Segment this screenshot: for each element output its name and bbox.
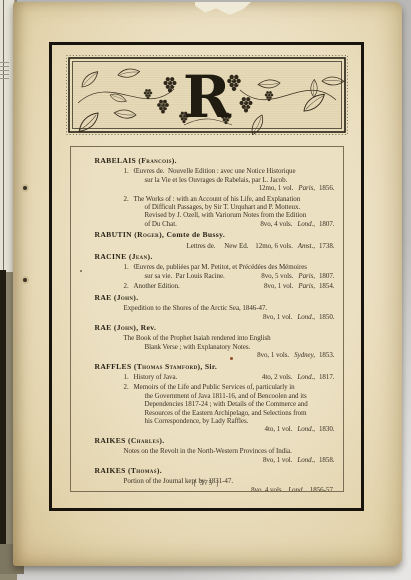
imprint-lead: Lettres de. <box>187 242 216 250</box>
initial-letter: R <box>182 63 231 131</box>
entry-line-text: sur la Vie et les Ouvrages de Rabelais, … <box>145 176 288 184</box>
imprint-line: Lettres de.New Ed. 12mo, 6 vols.Amst.,17… <box>71 242 343 250</box>
entry-line: Expedition to the Shores of the Arctic S… <box>71 304 343 312</box>
headword-name: RABUTIN <box>95 230 132 239</box>
imprint-city: Paris, <box>298 282 315 290</box>
photo-background: R RABELAIS (Francois).1.Œuvres de. Nouve… <box>0 0 411 580</box>
imprint-city: Lond., <box>297 425 315 433</box>
entry-item: 1.Œuvres de. Nouvelle Edition : avec une… <box>71 167 343 192</box>
headword-forename: (Charles) <box>128 436 162 445</box>
imprint-line: of Du Chat.8vo, 4 vols.Lond.,1807. <box>71 220 343 228</box>
entry-line-text: Œuvres de. Nouvelle Edition : avec une N… <box>134 167 296 175</box>
imprint-line: 1.History of Java.4to, 2 vols.Lond.,1817… <box>71 373 343 381</box>
headword-suffix: , Rev. <box>136 323 156 332</box>
headword-forename: (Thomas) <box>128 466 160 475</box>
imprint-year: 1738. <box>319 242 335 250</box>
imprint-format: 8vo, 1 vol. <box>264 282 293 290</box>
entry-line-text: Blank Verse ; with Explanatory Notes. <box>145 343 251 351</box>
item-number: 1. <box>124 263 134 271</box>
imprint-year: 1856. <box>319 184 335 192</box>
imprint-city: Paris, <box>298 184 315 192</box>
entry-line: The Book of the Prophet Isaiah rendered … <box>71 334 343 342</box>
imprint-format: New Ed. 12mo, 6 vols. <box>224 242 293 250</box>
imprint-lead-text: 1.History of Java. <box>124 373 178 381</box>
imprint: 8vo, 1 vols.Sydney,1853. <box>257 351 334 359</box>
imprint-lead: Another Edition. <box>134 282 180 290</box>
underlying-page-rule <box>3 0 4 272</box>
imprint-line: 12mo, 1 vol.Paris,1856. <box>71 184 343 192</box>
imprint-line: 8vo, 1 vol.Lond.,1858. <box>71 456 343 464</box>
imprint-format: 8vo, 1 vols. <box>257 351 289 359</box>
headword-name: RAFFLES <box>95 362 132 371</box>
entry-item: Lettres de.New Ed. 12mo, 6 vols.Amst.,17… <box>71 242 343 250</box>
imprint-year: 1807. <box>319 272 335 280</box>
book-page: R RABELAIS (Francois).1.Œuvres de. Nouve… <box>13 2 402 566</box>
entry-line-text: his Correspondence, by Lady Raffles. <box>145 417 249 425</box>
entry-line: Notes on the Revolt in the North-Western… <box>71 447 343 455</box>
entries: RABELAIS (Francois).1.Œuvres de. Nouvell… <box>71 147 343 492</box>
imprint: 8vo, 1 vol.Lond.,1850. <box>263 313 335 321</box>
imprint-city: Amst., <box>298 242 315 250</box>
imprint: 4to, 1 vol.Lond.,1830. <box>265 425 335 433</box>
imprint-city: Lond., <box>297 456 315 464</box>
entry-line: 2.The Works of : with an Account of his … <box>71 195 343 203</box>
headword-suffix: . <box>150 252 152 261</box>
imprint-lead: of Du Chat. <box>145 220 177 228</box>
imprint-line: sur sa vie. Par Louis Racine.8vo, 5 vols… <box>71 272 343 280</box>
entry-item: The Book of the Prophet Isaiah rendered … <box>71 334 343 359</box>
headword-name: RAIKES <box>95 466 126 475</box>
headword-forename: (Thomas Stamford) <box>134 362 201 371</box>
imprint-format: 4to, 1 vol. <box>265 425 293 433</box>
imprint-format: 4to, 2 vols. <box>262 373 293 381</box>
imprint-line: 8vo, 1 vol.Lond.,1850. <box>71 313 343 321</box>
imprint-year: 1853. <box>319 351 335 359</box>
catalogue-entry: RABUTIN (Roger), Comte de Bussy.Lettres … <box>71 231 343 250</box>
entry-line-text: Memoirs of the Life and Public Services … <box>134 383 295 391</box>
imprint: 8vo, 5 vols.Paris,1807. <box>261 272 334 280</box>
imprint-lead: sur sa vie. Par Louis Racine. <box>145 272 225 280</box>
imprint-format: 8vo, 1 vol. <box>263 456 292 464</box>
entry-line: Resources of the Eastern Archipelago, an… <box>71 409 343 417</box>
imprint-lead-text: 2.Another Edition. <box>124 282 180 290</box>
entry-line-text: Resources of the Eastern Archipelago, an… <box>145 409 307 417</box>
imprint-format: 8vo, 1 vol. <box>263 313 292 321</box>
imprint: 4to, 2 vols.Lond.,1817. <box>262 373 335 381</box>
imprint-year: 1858. <box>319 456 335 464</box>
imprint: 8vo, 1 vol.Lond.,1858. <box>263 456 335 464</box>
item-number: 1. <box>124 167 134 175</box>
entry-item: Expedition to the Shores of the Arctic S… <box>71 304 343 321</box>
item-number: 2. <box>124 383 134 391</box>
headword-forename: (John) <box>114 323 136 332</box>
entry-item: 2.The Works of : with an Account of his … <box>71 195 343 229</box>
imprint-line: 8vo, 1 vols.Sydney,1853. <box>71 351 343 359</box>
headword-name: RAIKES <box>95 436 126 445</box>
entry-line-text: Œuvres de, publiées par M. Petitot, et P… <box>134 263 307 271</box>
imprint-year: 1850. <box>319 313 335 321</box>
imprint: 12mo, 1 vol.Paris,1856. <box>259 184 335 192</box>
headword-name: RAE <box>95 293 112 302</box>
imprint-lead-text: of Du Chat. <box>145 220 177 228</box>
headword-name: RABELAIS <box>95 156 137 165</box>
imprint-year: 1854. <box>319 282 335 290</box>
imprint-format: 8vo, 4 vols. <box>260 220 292 228</box>
entry-headword: RACINE (Jean). <box>95 253 343 261</box>
entry-line: Revised by J. Ozell, with Variorum Notes… <box>71 211 343 219</box>
catalogue-entry: RAE (John).Expedition to the Shores of t… <box>71 294 343 321</box>
page-number-text: [ 375 ] <box>194 479 220 487</box>
imprint-city: Sydney, <box>294 351 315 359</box>
imprint-city: Lond., <box>297 313 315 321</box>
headword-forename: (John) <box>114 293 136 302</box>
headword-suffix: , Sir. <box>200 362 217 371</box>
imprint-format: 12mo, 1 vol. <box>259 184 294 192</box>
entry-line-text: the Government of Java 1811-16, and of B… <box>145 392 307 400</box>
imprint-year: 1830. <box>319 425 335 433</box>
headword-name: RAE <box>95 323 112 332</box>
entry-headword: RAE (John), Rev. <box>95 324 343 332</box>
headword-forename: (Francois) <box>138 156 174 165</box>
entry-line: his Correspondence, by Lady Raffles. <box>71 417 343 425</box>
headword-suffix: . <box>136 293 138 302</box>
entry-headword: RAFFLES (Thomas Stamford), Sir. <box>95 363 343 371</box>
entry-headword: RAIKES (Charles). <box>95 437 343 445</box>
catalogue-entry: RABELAIS (Francois).1.Œuvres de. Nouvell… <box>71 157 343 228</box>
binding-hole <box>21 184 29 192</box>
imprint-city: Lond., <box>297 373 315 381</box>
headword-suffix: . <box>160 466 162 475</box>
imprint: 8vo, 4 vols.Lond.,1807. <box>260 220 334 228</box>
imprint-line: 4to, 1 vol.Lond.,1830. <box>71 425 343 433</box>
entry-line-text: Expedition to the Shores of the Arctic S… <box>124 304 268 312</box>
entry-item: 1.History of Java.4to, 2 vols.Lond.,1817… <box>71 373 343 381</box>
imprint-city: Lond., <box>297 220 315 228</box>
imprint-lead-text: Lettres de. <box>187 242 216 250</box>
spine-shadow <box>0 270 6 550</box>
entry-line: 1.Œuvres de, publiées par M. Petitot, et… <box>71 263 343 271</box>
catalogue-entry: RAIKES (Charles).Notes on the Revolt in … <box>71 437 343 464</box>
headword-forename: (Jean) <box>129 252 151 261</box>
item-number: 1. <box>124 373 134 381</box>
imprint-lead: History of Java. <box>134 373 178 381</box>
imprint-year: 1807. <box>319 220 335 228</box>
entry-line: of Difficult Passages, by Sir T. Urquhar… <box>71 203 343 211</box>
entry-line: sur la Vie et les Ouvrages de Rabelais, … <box>71 176 343 184</box>
entry-headword: RABUTIN (Roger), Comte de Bussy. <box>95 231 343 239</box>
imprint-city: Paris, <box>298 272 315 280</box>
entry-line-text: The Book of the Prophet Isaiah rendered … <box>124 334 271 342</box>
imprint-format: 8vo, 5 vols. <box>261 272 293 280</box>
imprint-year: 1817. <box>319 373 335 381</box>
entry-headword: RAE (John). <box>95 294 343 302</box>
binding-hole <box>21 276 29 284</box>
headword-name: RACINE <box>95 252 127 261</box>
headword-suffix: . <box>162 436 164 445</box>
decorative-initial-banner: R <box>66 55 348 135</box>
entry-line: Dependencies 1817-24 ; with Details of t… <box>71 400 343 408</box>
entry-item: Notes on the Revolt in the North-Western… <box>71 447 343 464</box>
item-number: 2. <box>124 195 134 203</box>
underlying-page-text-smudge <box>0 62 9 80</box>
entry-headword: RABELAIS (Francois). <box>95 157 343 165</box>
catalogue-entry: RAFFLES (Thomas Stamford), Sir.1.History… <box>71 363 343 434</box>
page-frame: R RABELAIS (Francois).1.Œuvres de. Nouve… <box>49 42 364 511</box>
entry-line: 1.Œuvres de. Nouvelle Edition : avec une… <box>71 167 343 175</box>
page-number: [ 375 ] <box>71 479 343 487</box>
item-number: 2. <box>124 282 134 290</box>
catalogue-text-area: RABELAIS (Francois).1.Œuvres de. Nouvell… <box>70 146 344 492</box>
entry-line-text: Notes on the Revolt in the North-Western… <box>124 447 292 455</box>
headword-suffix: . <box>175 156 177 165</box>
entry-line: Blank Verse ; with Explanatory Notes. <box>71 343 343 351</box>
entry-line-text: Dependencies 1817-24 ; with Details of t… <box>145 400 308 408</box>
imprint-lead-text: sur sa vie. Par Louis Racine. <box>145 272 225 280</box>
imprint: New Ed. 12mo, 6 vols.Amst.,1738. <box>224 242 334 250</box>
entry-line-text: Revised by J. Ozell, with Variorum Notes… <box>145 211 307 219</box>
page-tear <box>195 2 251 15</box>
imprint-line: 2.Another Edition.8vo, 1 vol.Paris,1854. <box>71 282 343 290</box>
entry-line: 2.Memoirs of the Life and Public Service… <box>71 383 343 391</box>
headword-suffix: , Comte de Bussy. <box>162 230 225 239</box>
headword-forename: (Roger) <box>134 230 162 239</box>
entry-item: 1.Œuvres de, publiées par M. Petitot, et… <box>71 263 343 280</box>
entry-line: the Government of Java 1811-16, and of B… <box>71 392 343 400</box>
entry-item: 2.Another Edition.8vo, 1 vol.Paris,1854. <box>71 282 343 290</box>
entry-headword: RAIKES (Thomas). <box>95 467 343 475</box>
entry-line-text: The Works of : with an Account of his Li… <box>134 195 301 203</box>
entry-line-text: of Difficult Passages, by Sir T. Urquhar… <box>145 203 301 211</box>
imprint: 8vo, 1 vol.Paris,1854. <box>264 282 335 290</box>
entry-item: 2.Memoirs of the Life and Public Service… <box>71 383 343 433</box>
catalogue-entry: RAE (John), Rev.The Book of the Prophet … <box>71 324 343 360</box>
catalogue-entry: RACINE (Jean).1.Œuvres de, publiées par … <box>71 253 343 291</box>
